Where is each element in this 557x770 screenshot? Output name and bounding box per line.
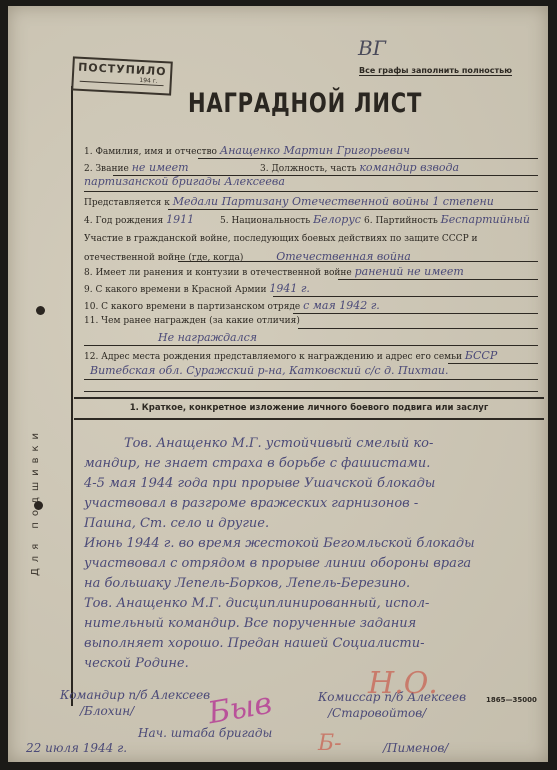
resolution-red-bottom: Б- [318,731,342,756]
corner-annotation: ВГ [358,36,386,60]
resolution-pink: Быв [205,686,274,732]
fill-hint: Все графы заполнить полностью [359,66,512,76]
received-stamp: ПОСТУПИЛО 194 г. [71,56,173,95]
field-position-cont: партизанской бригады Алексеева [84,175,285,188]
field-previous-awards: 11. Чем ранее награжден (за какие отличи… [84,316,300,326]
punch-hole [36,306,45,315]
field-rank: 2. Звание не имеет [84,161,189,174]
field-wounds: 8. Имеет ли ранения и контузии в отечест… [84,265,464,278]
award-sheet: Для подшивки ПОСТУПИЛО 194 г. ВГ Все гра… [8,6,548,762]
field-nationality: 5. Национальность Белорус [220,213,361,226]
field-previous-awards-value: Не награждался [158,331,257,344]
chief-name: /Пименов/ [383,741,448,755]
resolution-red-top: Н.О. [368,666,438,701]
page-title: НАГРАДНОЙ ЛИСТ [188,88,422,119]
field-name: 1. Фамилия, имя и отчество Анащенко Март… [84,144,410,157]
field-position: 3. Должность, часть командир взвода [260,161,459,174]
field-address: 12. Адрес места рождения представляемого… [84,349,497,362]
print-number: 1865—35000 [486,696,537,704]
field-red-army: 9. С какого времени в Красной Армии 1941… [84,282,310,295]
document-date: 22 июля 1944 г. [26,741,127,755]
punch-hole [34,501,43,510]
commander-signature: Командир п/б Алексеев [60,688,210,702]
margin-text: Для подшивки [30,276,44,576]
field-birth-year: 4. Год рождения 1911 [84,213,194,226]
narrative-text: Тов. Анащенко М.Г. устойчивый смелый ко-… [84,434,534,674]
field-address-cont: Витебская обл. Суражский р-на, Катковски… [90,364,449,377]
commissar-name: /Старовойтов/ [328,706,426,720]
commander-name: /Блохин/ [80,704,134,718]
field-award: Представляется к Медали Партизану Отечес… [84,195,494,208]
section-title: 1. Краткое, конкретное изложение личного… [74,403,544,413]
field-partisan: 10. С какого времени в партизанском отря… [84,299,380,312]
field-party: 6. Партийность Беспартийный [364,213,530,226]
chief-of-staff: Нач. штаба бригады [138,726,272,740]
margin-line [71,86,73,706]
